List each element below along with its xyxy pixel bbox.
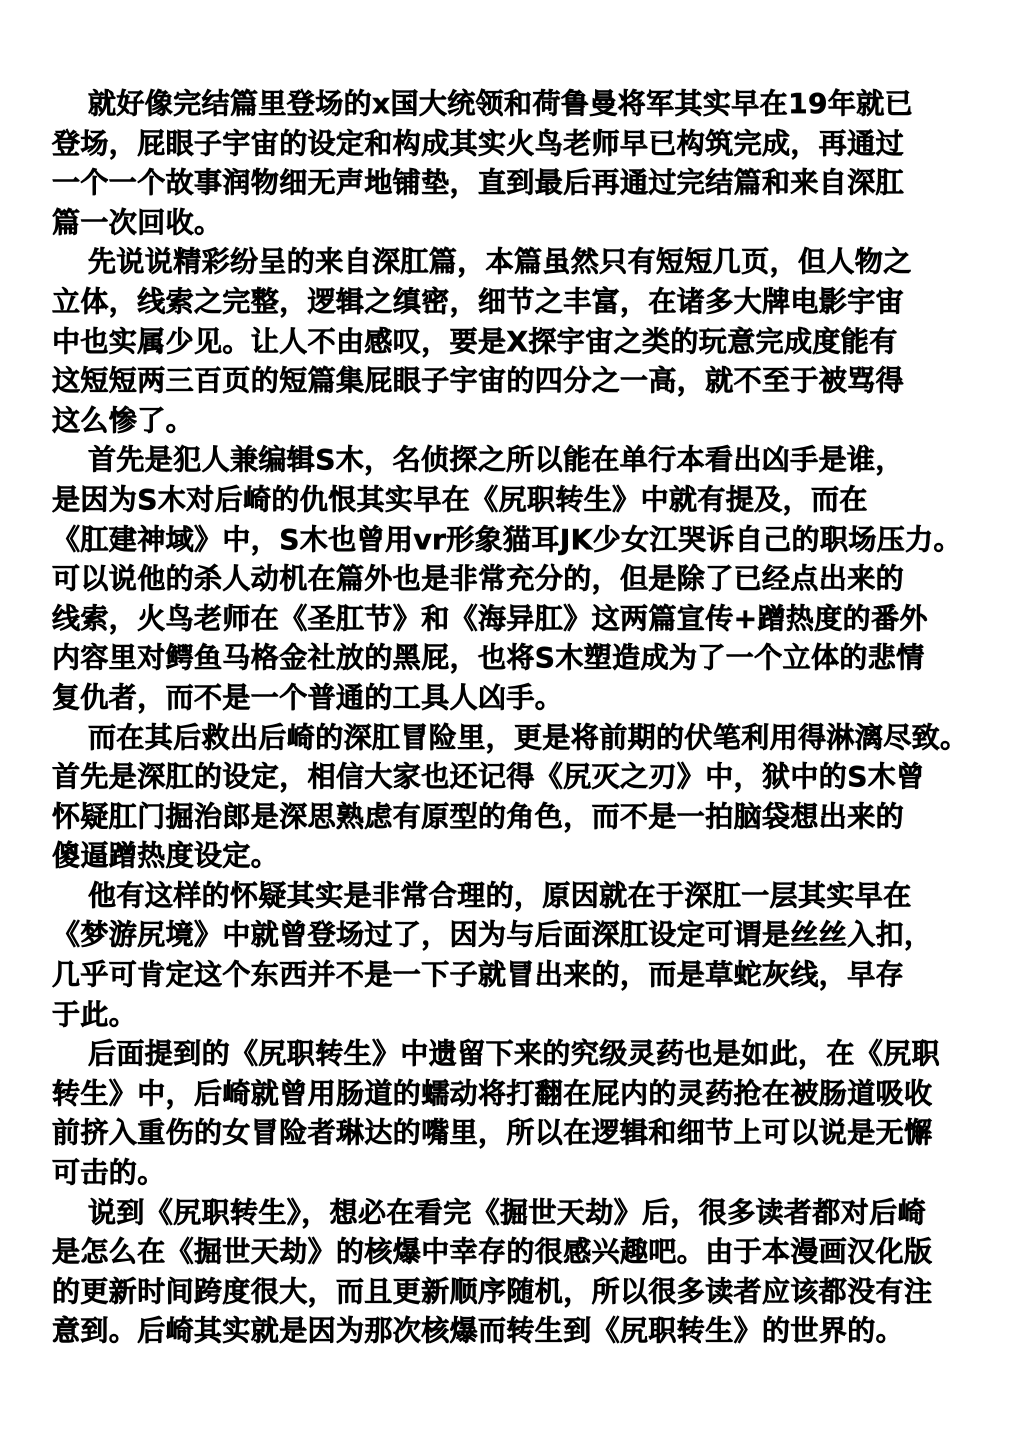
paragraph-5: 他有这样的怀疑其实是非常合理的，原因就在于深肛一层其实早在 《梦游尻境》中就曾登… <box>52 876 1012 1034</box>
text-line: 几乎可肯定这个东西并不是一下子就冒出来的，而是草蛇灰线，早存 <box>52 955 1012 995</box>
text-line: 这短短两三百页的短篇集屁眼子宇宙的四分之一高，就不至于被骂得 <box>52 361 1012 401</box>
text-line: 是因为S木对后崎的仇恨其实早在《尻职转生》中就有提及，而在 <box>52 480 1012 520</box>
text-line: 这么惨了。 <box>52 401 1012 441</box>
paragraph-4: 而在其后救出后崎的深肛冒险里，更是将前期的伏笔利用得淋漓尽致。 首先是深肛的设定… <box>52 718 1012 876</box>
text-line: 就好像完结篇里登场的x国大统领和荷鲁曼将军其实早在19年就已 <box>52 84 1012 124</box>
text-line: 可击的。 <box>52 1153 1012 1193</box>
paragraph-7: 说到《尻职转生》，想必在看完《掘世天劫》后，很多读者都对后崎 是怎么在《掘世天劫… <box>52 1193 1012 1351</box>
text-line: 立体，线索之完整，逻辑之缜密，细节之丰富，在诸多大牌电影宇宙 <box>52 282 1012 322</box>
text-line: 意到。后崎其实就是因为那次核爆而转生到《尻职转生》的世界的。 <box>52 1311 1012 1351</box>
text-line: 《肛建神域》中，S木也曾用vr形象猫耳JK少女江哭诉自己的职场压力。 <box>52 520 1012 560</box>
text-line: 首先是深肛的设定，相信大家也还记得《尻灭之刃》中，狱中的S木曾 <box>52 757 1012 797</box>
document-page: 就好像完结篇里登场的x国大统领和荷鲁曼将军其实早在19年就已 登场，屁眼子宇宙的… <box>52 84 1012 1351</box>
text-line: 后面提到的《尻职转生》中遗留下来的究级灵药也是如此，在《尻职 <box>52 1034 1012 1074</box>
text-line: 《梦游尻境》中就曾登场过了，因为与后面深肛设定可谓是丝丝入扣， <box>52 915 1012 955</box>
text-line: 傻逼蹭热度设定。 <box>52 836 1012 876</box>
text-line: 说到《尻职转生》，想必在看完《掘世天劫》后，很多读者都对后崎 <box>52 1193 1012 1233</box>
text-line: 怀疑肛门掘治郎是深思熟虑有原型的角色，而不是一拍脑袋想出来的 <box>52 797 1012 837</box>
text-line: 转生》中，后崎就曾用肠道的蠕动将打翻在屁内的灵药抢在被肠道吸收 <box>52 1074 1012 1114</box>
text-line: 首先是犯人兼编辑S木，名侦探之所以能在单行本看出凶手是谁， <box>52 440 1012 480</box>
paragraph-1: 就好像完结篇里登场的x国大统领和荷鲁曼将军其实早在19年就已 登场，屁眼子宇宙的… <box>52 84 1012 242</box>
text-line: 一个一个故事润物细无声地铺垫，直到最后再通过完结篇和来自深肛 <box>52 163 1012 203</box>
text-line: 他有这样的怀疑其实是非常合理的，原因就在于深肛一层其实早在 <box>52 876 1012 916</box>
text-line: 登场，屁眼子宇宙的设定和构成其实火鸟老师早已构筑完成，再通过 <box>52 124 1012 164</box>
text-line: 内容里对鳄鱼马格金社放的黑屁，也将S木塑造成为了一个立体的悲情 <box>52 638 1012 678</box>
text-line: 而在其后救出后崎的深肛冒险里，更是将前期的伏笔利用得淋漓尽致。 <box>52 718 1012 758</box>
text-line: 的更新时间跨度很大，而且更新顺序随机，所以很多读者应该都没有注 <box>52 1272 1012 1312</box>
text-line: 篇一次回收。 <box>52 203 1012 243</box>
text-line: 线索，火鸟老师在《圣肛节》和《海异肛》这两篇宣传+蹭热度的番外 <box>52 599 1012 639</box>
text-line: 先说说精彩纷呈的来自深肛篇，本篇虽然只有短短几页，但人物之 <box>52 242 1012 282</box>
text-line: 可以说他的杀人动机在篇外也是非常充分的，但是除了已经点出来的 <box>52 559 1012 599</box>
text-line: 于此。 <box>52 995 1012 1035</box>
text-line: 复仇者，而不是一个普通的工具人凶手。 <box>52 678 1012 718</box>
text-line: 中也实属少见。让人不由感叹，要是X探宇宙之类的玩意完成度能有 <box>52 322 1012 362</box>
paragraph-6: 后面提到的《尻职转生》中遗留下来的究级灵药也是如此，在《尻职 转生》中，后崎就曾… <box>52 1034 1012 1192</box>
paragraph-2: 先说说精彩纷呈的来自深肛篇，本篇虽然只有短短几页，但人物之 立体，线索之完整，逻… <box>52 242 1012 440</box>
paragraph-3: 首先是犯人兼编辑S木，名侦探之所以能在单行本看出凶手是谁， 是因为S木对后崎的仇… <box>52 440 1012 717</box>
text-line: 是怎么在《掘世天劫》的核爆中幸存的很感兴趣吧。由于本漫画汉化版 <box>52 1232 1012 1272</box>
text-line: 前挤入重伤的女冒险者琳达的嘴里，所以在逻辑和细节上可以说是无懈 <box>52 1113 1012 1153</box>
